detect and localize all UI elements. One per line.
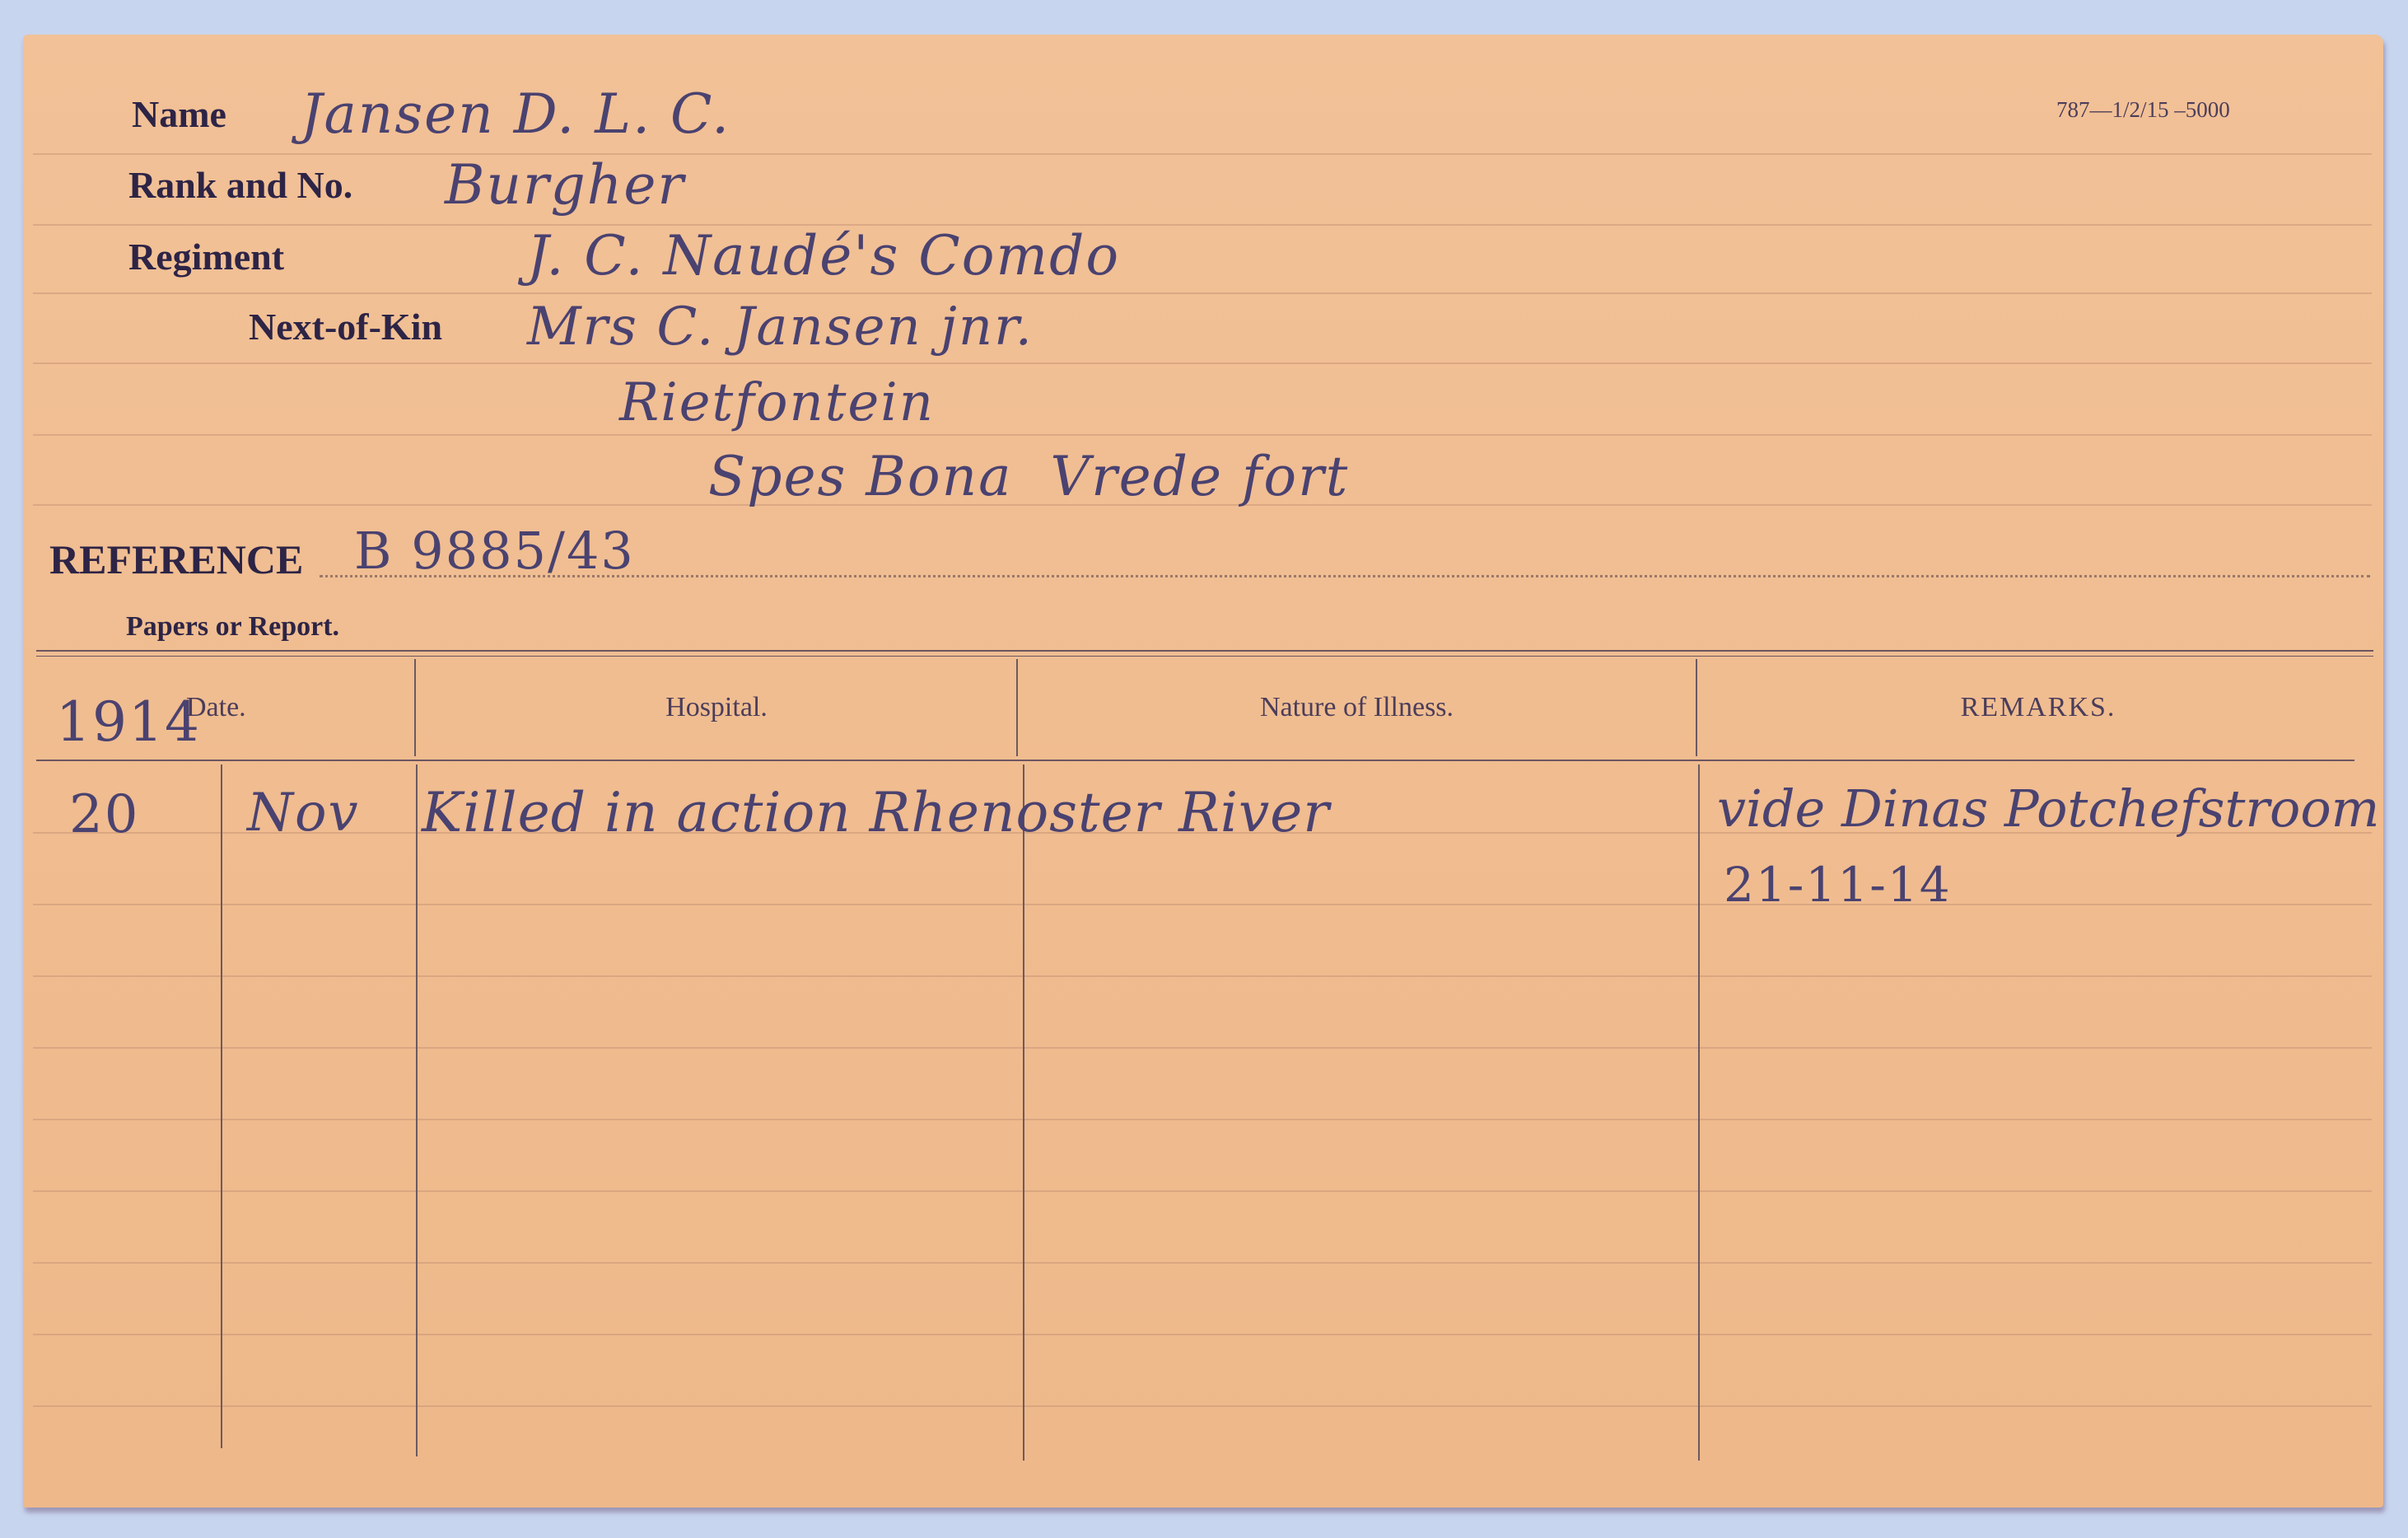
name-label: Name: [132, 92, 226, 136]
rank-label: Rank and No.: [128, 163, 352, 207]
table-header-rule: [36, 760, 2354, 761]
reference-label: REFERENCE: [49, 535, 303, 583]
column-divider-hospital-illness: [1023, 764, 1024, 1461]
ruled-line: [33, 1405, 2372, 1407]
papers-or-report-label: Papers or Report.: [126, 611, 339, 643]
ruled-line: [33, 904, 2372, 905]
ruled-line: [33, 1190, 2372, 1192]
next-of-kin-line-1: Mrs C. Jansen jnr.: [527, 297, 1034, 358]
ruled-line: [33, 1047, 2372, 1049]
form-number: 787—1/2/15 –5000: [2056, 97, 2230, 123]
ruled-line: [33, 434, 2372, 436]
reference-value: B 9885/43: [354, 521, 635, 581]
ruled-line: [33, 1262, 2372, 1264]
column-header-remarks: REMARKS.: [1696, 692, 2380, 723]
name-value: Jansen D. L. C.: [301, 82, 730, 146]
column-divider-day-month: [221, 764, 222, 1448]
ruled-line: [33, 362, 2372, 364]
regiment-value: J. C. Naudé's Comdo: [527, 224, 1120, 287]
row-day: 20: [69, 784, 139, 845]
ruled-line: [33, 292, 2372, 294]
table-top-rule: [36, 650, 2373, 652]
ruled-line: [33, 153, 2372, 155]
rank-value: Burgher: [445, 153, 685, 217]
row-remarks-line-2: 21-11-14: [1724, 857, 1952, 913]
column-header-date: Date.: [186, 692, 246, 723]
regiment-label: Regiment: [128, 235, 284, 278]
row-month: Nov: [247, 783, 360, 844]
ruled-line: [33, 224, 2372, 226]
header-divider: [414, 659, 416, 756]
column-header-nature-of-illness: Nature of Illness.: [1017, 692, 1696, 723]
row-entry: Killed in action Rhenoster River: [422, 781, 1330, 844]
column-divider-date-hospital: [416, 764, 418, 1456]
ruled-line: [33, 1119, 2372, 1120]
year-value: 1914: [56, 690, 201, 754]
header-divider: [1696, 659, 1697, 756]
ruled-line: [33, 975, 2372, 977]
next-of-kin-label: Next-of-Kin: [249, 305, 442, 348]
ruled-line: [33, 1334, 2372, 1335]
header-divider: [1016, 659, 1018, 756]
column-header-hospital: Hospital.: [416, 692, 1017, 723]
next-of-kin-line-3: Spes Bona Vrede fort: [708, 445, 1349, 508]
row-remarks-line-1: vide Dinas Potchefstroom: [1717, 778, 2379, 839]
next-of-kin-line-2: Rietfontein: [619, 372, 935, 433]
column-divider-illness-remarks: [1698, 764, 1700, 1461]
casualty-record-card: [23, 35, 2383, 1508]
table-top-rule: [36, 656, 2373, 657]
